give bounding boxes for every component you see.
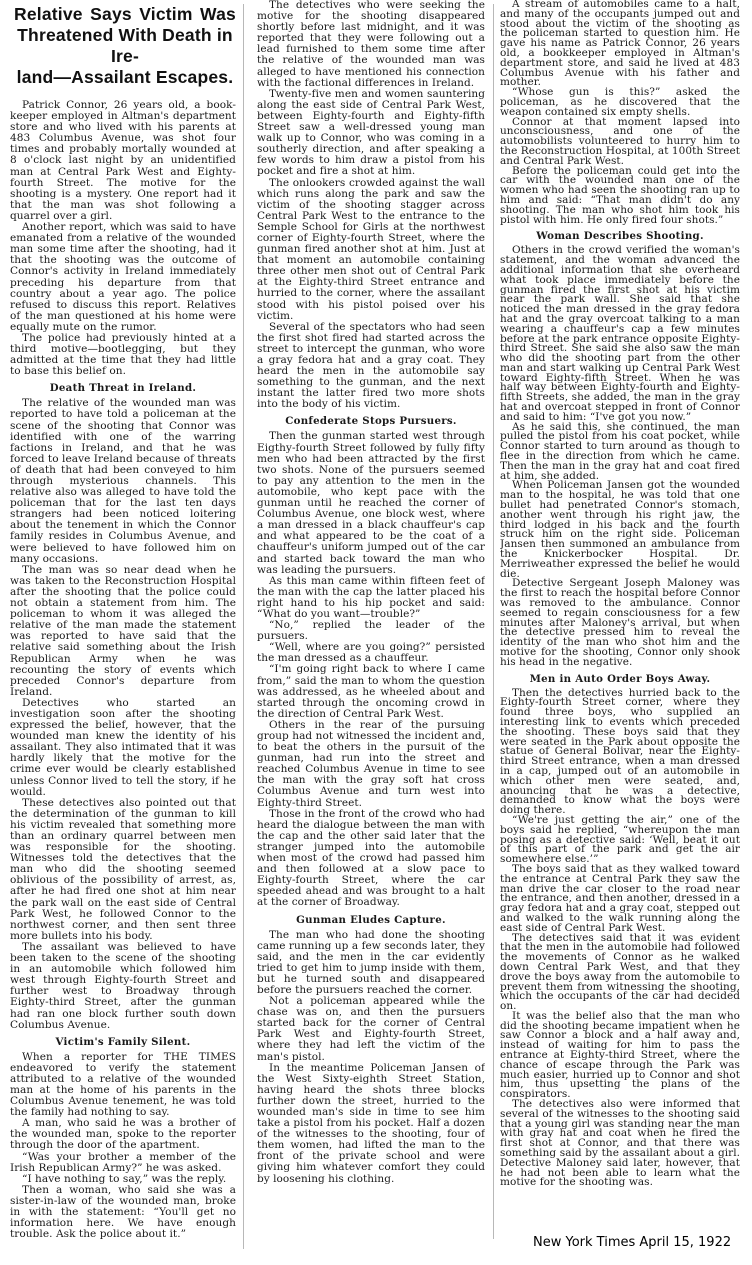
article-column-1: Relative Says Victim Was Threatened With…	[10, 0, 236, 1240]
paragraph: Patrick Connor, 26 years old, a book-kee…	[10, 100, 236, 222]
paragraph: The onlookers crowded against the wall w…	[257, 178, 485, 322]
paragraph: “I'm going right back to where I came fr…	[257, 664, 485, 719]
paragraph: Several of the spectators who had seen t…	[257, 322, 485, 411]
headline-line-1: Relative Says Victim Was	[14, 4, 236, 25]
paragraph: Detective Sergeant Joseph Maloney was th…	[500, 579, 740, 667]
paragraph: It was the belief also that the man who …	[500, 1012, 740, 1100]
paragraph: Detectives who started an investigation …	[10, 698, 236, 798]
paragraph: The assailant was believed to have been …	[10, 942, 236, 1031]
paragraph: These detectives also pointed out that t…	[10, 798, 236, 942]
paragraph: The police had previously hinted at a th…	[10, 333, 236, 377]
paragraph: As this man came within fifteen feet of …	[257, 576, 485, 620]
paragraph: Before the policeman could get into the …	[500, 167, 740, 226]
paragraph: “Whose gun is this?” asked the policeman…	[500, 88, 740, 117]
column-divider	[493, 4, 494, 1239]
paragraph: The relative of the wounded man was repo…	[10, 398, 236, 564]
paragraph: A man, who said he was a brother of the …	[10, 1118, 236, 1151]
paragraph: “No,” replied the leader of the pursuers…	[257, 620, 485, 642]
paragraph: Twenty-five men and women sauntering alo…	[257, 89, 485, 178]
paragraph: The man was so near dead when he was tak…	[10, 565, 236, 698]
article-column-2: The detectives who were seeking the moti…	[257, 0, 485, 1185]
column-divider	[243, 4, 244, 1249]
paragraph: “Was your brother a member of the Irish …	[10, 1152, 236, 1174]
paragraph: The detectives said that it was evident …	[500, 934, 740, 1012]
article-column-3: A stream of automobiles came to a halt, …	[500, 0, 740, 1188]
paragraph: A stream of automobiles came to a halt, …	[500, 0, 740, 88]
paragraph: Then the detectives hurried back to the …	[500, 689, 740, 816]
subheading: Woman Describes Shooting.	[500, 230, 740, 242]
headline-line-3: land—Assailant Escapes.	[14, 67, 236, 88]
subheading: Death Threat in Ireland.	[10, 382, 236, 394]
paragraph: Others in the crowd verified the woman's…	[500, 246, 740, 422]
subheading: Victim's Family Silent.	[10, 1036, 236, 1048]
paragraph: Not a policeman appeared while the chase…	[257, 996, 485, 1063]
paragraph: The detectives who were seeking the moti…	[257, 0, 485, 89]
paragraph: Then a woman, who said she was a sister-…	[10, 1185, 236, 1240]
paragraph: Another report, which was said to have e…	[10, 222, 236, 333]
subheading: Gunman Eludes Capture.	[257, 914, 485, 926]
subheading: Men in Auto Order Boys Away.	[500, 673, 740, 685]
paragraph: The detectives also were informed that s…	[500, 1100, 740, 1188]
paragraph: Others in the rear of the pursuing group…	[257, 720, 485, 809]
paragraph: When a reporter for THE TIMES endeavored…	[10, 1052, 236, 1119]
paragraph: When Policeman Jansen got the wounded ma…	[500, 481, 740, 579]
paragraph: The man who had done the shooting came r…	[257, 930, 485, 997]
paragraph: In the meantime Policeman Jansen of the …	[257, 1063, 485, 1185]
paragraph: As he said this, she continued, the man …	[500, 423, 740, 482]
paragraph: Then the gunman started west through Eig…	[257, 431, 485, 575]
newspaper-clipping: Relative Says Victim Was Threatened With…	[0, 0, 752, 1265]
source-caption: New York Times April 15, 1922	[533, 1235, 731, 1250]
paragraph: The boys said that as they walked toward…	[500, 865, 740, 934]
paragraph: Those in the front of the crowd who had …	[257, 809, 485, 909]
paragraph: Connor at that moment lapsed into uncons…	[500, 118, 740, 167]
paragraph: “We're just getting the air,” one of the…	[500, 816, 740, 865]
paragraph: “Well, where are you going?” persisted t…	[257, 642, 485, 664]
subheading: Confederate Stops Pursuers.	[257, 415, 485, 427]
article-headline: Relative Says Victim Was Threatened With…	[14, 4, 236, 88]
headline-line-2: Threatened With Death in Ire-	[14, 25, 236, 67]
